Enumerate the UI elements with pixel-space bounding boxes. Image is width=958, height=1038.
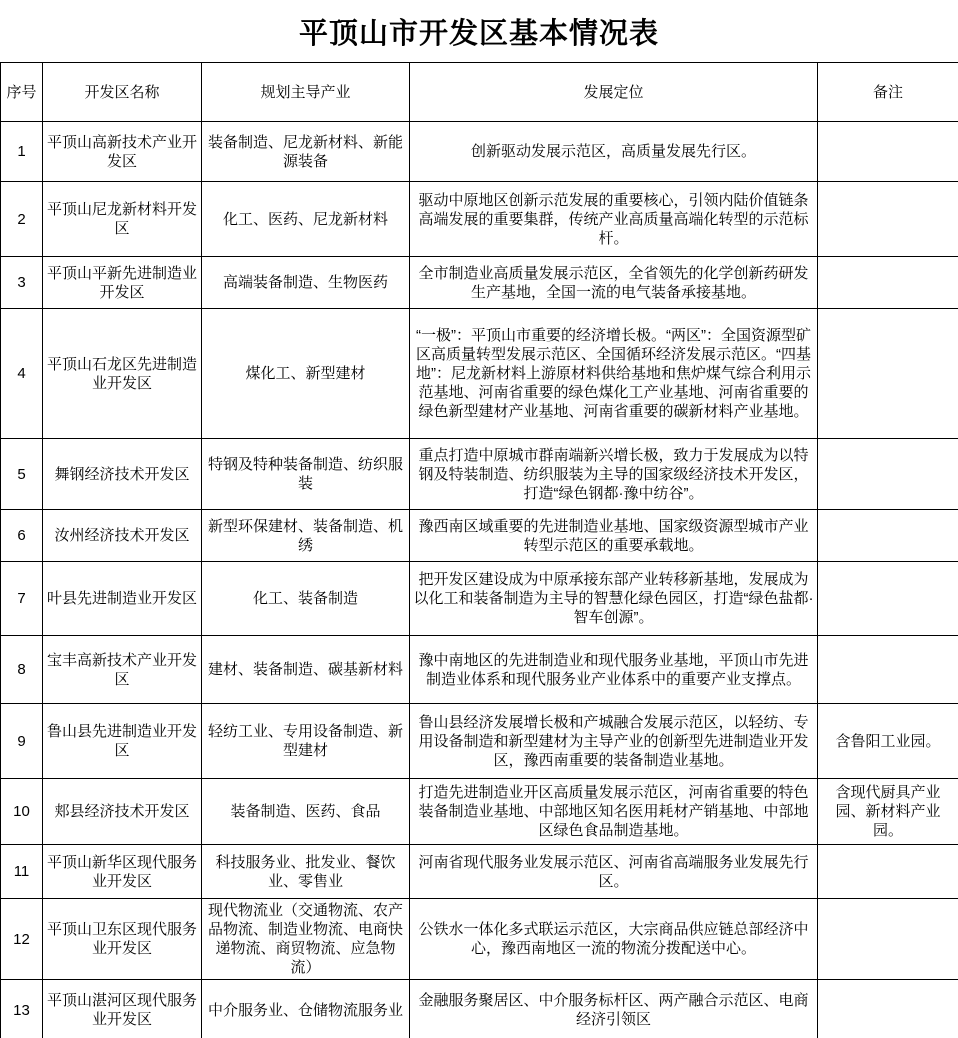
cell-positioning: 把开发区建设成为中原承接东部产业转移新基地，发展成为以化工和装备制造为主导的智慧… bbox=[410, 562, 818, 636]
cell-remark bbox=[818, 309, 958, 439]
col-header-zone-name: 开发区名称 bbox=[43, 63, 202, 122]
cell-zone-name: 郏县经济技术开发区 bbox=[43, 779, 202, 845]
cell-no: 2 bbox=[1, 182, 43, 257]
cell-zone-name: 平顶山石龙区先进制造业开发区 bbox=[43, 309, 202, 439]
header-row: 序号 开发区名称 规划主导产业 发展定位 备注 bbox=[1, 63, 958, 122]
table-header: 序号 开发区名称 规划主导产业 发展定位 备注 bbox=[1, 63, 958, 122]
cell-no: 4 bbox=[1, 309, 43, 439]
cell-zone-name: 平顶山湛河区现代服务业开发区 bbox=[43, 980, 202, 1038]
cell-no: 6 bbox=[1, 510, 43, 562]
cell-remark bbox=[818, 122, 958, 182]
cell-industries: 科技服务业、批发业、餐饮业、零售业 bbox=[202, 845, 410, 899]
table-row: 1 平顶山高新技术产业开发区 装备制造、尼龙新材料、新能源装备 创新驱动发展示范… bbox=[1, 122, 958, 182]
cell-industries: 装备制造、医药、食品 bbox=[202, 779, 410, 845]
cell-industries: 化工、装备制造 bbox=[202, 562, 410, 636]
cell-no: 12 bbox=[1, 899, 43, 980]
table-row: 8 宝丰高新技术产业开发区 建材、装备制造、碳基新材料 豫中南地区的先进制造业和… bbox=[1, 636, 958, 704]
cell-positioning: 驱动中原地区创新示范发展的重要核心，引领内陆价值链条高端发展的重要集群，传统产业… bbox=[410, 182, 818, 257]
cell-zone-name: 平顶山高新技术产业开发区 bbox=[43, 122, 202, 182]
cell-industries: 装备制造、尼龙新材料、新能源装备 bbox=[202, 122, 410, 182]
col-header-remark: 备注 bbox=[818, 63, 958, 122]
col-header-positioning: 发展定位 bbox=[410, 63, 818, 122]
cell-no: 3 bbox=[1, 257, 43, 309]
cell-positioning: 全市制造业高质量发展示范区，全省领先的化学创新药研发生产基地，全国一流的电气装备… bbox=[410, 257, 818, 309]
cell-zone-name: 宝丰高新技术产业开发区 bbox=[43, 636, 202, 704]
table-row: 11 平顶山新华区现代服务业开发区 科技服务业、批发业、餐饮业、零售业 河南省现… bbox=[1, 845, 958, 899]
cell-remark bbox=[818, 845, 958, 899]
cell-remark bbox=[818, 510, 958, 562]
cell-positioning: 豫中南地区的先进制造业和现代服务业基地，平顶山市先进制造业体系和现代服务业产业体… bbox=[410, 636, 818, 704]
cell-positioning: 河南省现代服务业发展示范区、河南省高端服务业发展先行区。 bbox=[410, 845, 818, 899]
cell-remark: 含鲁阳工业园。 bbox=[818, 704, 958, 779]
table-row: 3 平顶山平新先进制造业开发区 高端装备制造、生物医药 全市制造业高质量发展示范… bbox=[1, 257, 958, 309]
col-header-industries: 规划主导产业 bbox=[202, 63, 410, 122]
page: 平顶山市开发区基本情况表 序号 开发区名称 规划主导产业 发展定位 备注 1 平… bbox=[0, 0, 958, 1038]
cell-industries: 建材、装备制造、碳基新材料 bbox=[202, 636, 410, 704]
table-row: 7 叶县先进制造业开发区 化工、装备制造 把开发区建设成为中原承接东部产业转移新… bbox=[1, 562, 958, 636]
cell-zone-name: 叶县先进制造业开发区 bbox=[43, 562, 202, 636]
table-body: 1 平顶山高新技术产业开发区 装备制造、尼龙新材料、新能源装备 创新驱动发展示范… bbox=[1, 122, 958, 1038]
cell-industries: 化工、医药、尼龙新材料 bbox=[202, 182, 410, 257]
table-row: 5 舞钢经济技术开发区 特钢及特种装备制造、纺织服装 重点打造中原城市群南端新兴… bbox=[1, 439, 958, 510]
cell-positioning: 鲁山县经济发展增长极和产城融合发展示范区，以轻纺、专用设备制造和新型建材为主导产… bbox=[410, 704, 818, 779]
table-row: 9 鲁山县先进制造业开发区 轻纺工业、专用设备制造、新型建材 鲁山县经济发展增长… bbox=[1, 704, 958, 779]
table-row: 4 平顶山石龙区先进制造业开发区 煤化工、新型建材 “一极”：平顶山市重要的经济… bbox=[1, 309, 958, 439]
cell-no: 1 bbox=[1, 122, 43, 182]
cell-remark bbox=[818, 980, 958, 1038]
cell-industries: 高端装备制造、生物医药 bbox=[202, 257, 410, 309]
cell-positioning: 创新驱动发展示范区，高质量发展先行区。 bbox=[410, 122, 818, 182]
cell-zone-name: 舞钢经济技术开发区 bbox=[43, 439, 202, 510]
cell-industries: 中介服务业、仓储物流服务业 bbox=[202, 980, 410, 1038]
table-row: 6 汝州经济技术开发区 新型环保建材、装备制造、机绣 豫西南区域重要的先进制造业… bbox=[1, 510, 958, 562]
cell-industries: 现代物流业（交通物流、农产品物流、制造业物流、电商快递物流、商贸物流、应急物流） bbox=[202, 899, 410, 980]
cell-remark bbox=[818, 899, 958, 980]
cell-no: 11 bbox=[1, 845, 43, 899]
cell-positioning: 打造先进制造业开区高质量发展示范区，河南省重要的特色装备制造业基地、中部地区知名… bbox=[410, 779, 818, 845]
cell-zone-name: 汝州经济技术开发区 bbox=[43, 510, 202, 562]
cell-industries: 煤化工、新型建材 bbox=[202, 309, 410, 439]
table-row: 2 平顶山尼龙新材料开发区 化工、医药、尼龙新材料 驱动中原地区创新示范发展的重… bbox=[1, 182, 958, 257]
cell-positioning: 公铁水一体化多式联运示范区，大宗商品供应链总部经济中心，豫西南地区一流的物流分拨… bbox=[410, 899, 818, 980]
cell-industries: 新型环保建材、装备制造、机绣 bbox=[202, 510, 410, 562]
table-row: 10 郏县经济技术开发区 装备制造、医药、食品 打造先进制造业开区高质量发展示范… bbox=[1, 779, 958, 845]
cell-remark bbox=[818, 257, 958, 309]
cell-no: 9 bbox=[1, 704, 43, 779]
cell-industries: 特钢及特种装备制造、纺织服装 bbox=[202, 439, 410, 510]
cell-industries: 轻纺工业、专用设备制造、新型建材 bbox=[202, 704, 410, 779]
cell-zone-name: 平顶山新华区现代服务业开发区 bbox=[43, 845, 202, 899]
col-header-no: 序号 bbox=[1, 63, 43, 122]
cell-remark: 含现代厨具产业园、新材料产业园。 bbox=[818, 779, 958, 845]
cell-positioning: 金融服务聚居区、中介服务标杆区、两产融合示范区、电商经济引领区 bbox=[410, 980, 818, 1038]
cell-no: 10 bbox=[1, 779, 43, 845]
cell-no: 13 bbox=[1, 980, 43, 1038]
cell-positioning: 豫西南区域重要的先进制造业基地、国家级资源型城市产业转型示范区的重要承载地。 bbox=[410, 510, 818, 562]
cell-remark bbox=[818, 182, 958, 257]
cell-no: 7 bbox=[1, 562, 43, 636]
cell-positioning: “一极”：平顶山市重要的经济增长极。“两区”：全国资源型矿区高质量转型发展示范区… bbox=[410, 309, 818, 439]
cell-zone-name: 平顶山平新先进制造业开发区 bbox=[43, 257, 202, 309]
cell-no: 8 bbox=[1, 636, 43, 704]
cell-remark bbox=[818, 562, 958, 636]
cell-remark bbox=[818, 636, 958, 704]
cell-zone-name: 平顶山卫东区现代服务业开发区 bbox=[43, 899, 202, 980]
cell-remark bbox=[818, 439, 958, 510]
cell-positioning: 重点打造中原城市群南端新兴增长极，致力于发展成为以特钢及特装制造、纺织服装为主导… bbox=[410, 439, 818, 510]
cell-zone-name: 鲁山县先进制造业开发区 bbox=[43, 704, 202, 779]
table-row: 13 平顶山湛河区现代服务业开发区 中介服务业、仓储物流服务业 金融服务聚居区、… bbox=[1, 980, 958, 1038]
dev-zones-table: 序号 开发区名称 规划主导产业 发展定位 备注 1 平顶山高新技术产业开发区 装… bbox=[0, 62, 958, 1038]
table-row: 12 平顶山卫东区现代服务业开发区 现代物流业（交通物流、农产品物流、制造业物流… bbox=[1, 899, 958, 980]
cell-no: 5 bbox=[1, 439, 43, 510]
cell-zone-name: 平顶山尼龙新材料开发区 bbox=[43, 182, 202, 257]
page-title: 平顶山市开发区基本情况表 bbox=[0, 0, 958, 62]
